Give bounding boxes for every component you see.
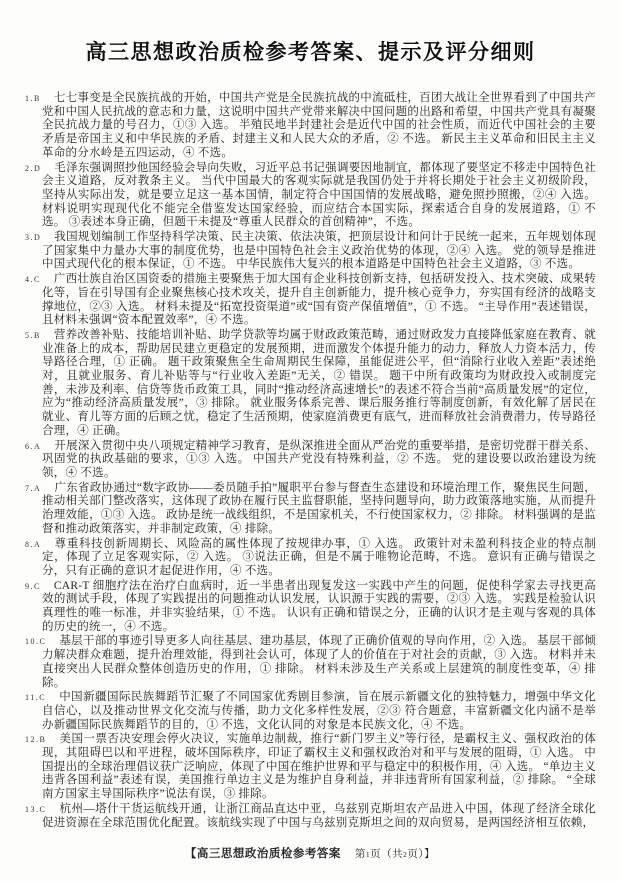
answer-item-7: 7.A广东省政协通过“数字政协——委员随手拍”履职平台参与督查生态建设和环境治理… <box>25 482 596 537</box>
answer-item-3: 3.D我国规划编制工作坚持科学决策、民主决策、依法决策，把顶层设计和问计于民统一… <box>25 231 596 272</box>
answer-item-1: 1.B七七事变是全民族抗战的开始，中国共产党是全民族抗战的中流砥柱，百团大战让全… <box>25 92 596 161</box>
answer-text: 广西壮族自治区国资委的措施主要聚焦于加大国有企业科技创新支持，包括研发投入、技术… <box>42 273 596 326</box>
answer-label: 12.B <box>25 735 46 744</box>
answer-item-8: 8.A尊重科技创新周期长、风险高的属性体现了按规律办事，① 入选。 政策针对未盈… <box>25 538 596 579</box>
answer-text: 美国一票否决安理会停火决议，实施单边制裁，推行“新门罗主义”等行径，是霸权主义、… <box>42 733 596 800</box>
answer-text: 营养改善补贴、技能培训补贴、助学贷款等均属于财政政策范畴，通过财政发力直接降低家… <box>42 329 596 437</box>
answer-label: 9.C <box>25 582 41 591</box>
answer-label: 2.D <box>25 164 41 173</box>
footer-page-word: 第 <box>355 849 366 860</box>
answer-text: 基层干部的事迹引导更多人向往基层、建功基层，体现了正确价值观的导向作用，② 入选… <box>42 635 596 688</box>
answer-item-9: 9.CCAR-T 细胞疗法在治疗白血病时，近一半患者出现复发这一实践中产生的问题… <box>25 580 596 635</box>
answer-item-4: 4.C广西壮族自治区国资委的措施主要聚焦于加大国有企业科技创新支持，包括研发投入… <box>25 273 596 328</box>
answer-label: 4.C <box>25 275 41 284</box>
answer-text: 尊重科技创新周期长、风险高的属性体现了按规律办事，① 入选。 政策针对未盈利科技… <box>42 538 596 577</box>
answer-text: 开展深入贯彻中央八项规定精神学习教育，是纵深推进全面从严治党的重要举措，是密切党… <box>42 440 596 479</box>
answer-label: 7.A <box>25 484 41 493</box>
answer-text: 中国新疆国际民族舞蹈节汇聚了不同国家优秀剧目参演，旨在展示新疆文化的独特魅力，增… <box>42 691 596 730</box>
page-title: 高三思想政治质检参考答案、提示及评分细则 <box>25 36 596 66</box>
document-page: 高三思想政治质检参考答案、提示及评分细则 1.B七七事变是全民族抗战的开始，中国… <box>0 0 620 881</box>
answer-text: 广东省政协通过“数字政协——委员随手拍”履职平台参与督查生态建设和环境治理工作，… <box>42 482 596 535</box>
answer-label: 8.A <box>25 540 41 549</box>
answer-text: 毛泽东强调照抄他国经验会导向失败，习近平总书记强调要因地制宜，都体现了要坚定不移… <box>42 162 596 229</box>
footer-end: 页）】 <box>407 849 435 860</box>
answer-label: 11.C <box>25 693 46 702</box>
answer-label: 10.C <box>25 637 46 646</box>
footer-mid: 页（共 <box>370 849 403 860</box>
answer-item-2: 2.D毛泽东强调照抄他国经验会导向失败，习近平总书记强调要因地制宜，都体现了要坚… <box>25 162 596 231</box>
answer-item-5: 5.B营养改善补贴、技能培训补贴、助学贷款等均属于财政政策范畴，通过财政发力直接… <box>25 329 596 439</box>
answer-label: 13.C <box>25 805 46 814</box>
answer-item-13: 13.C杭州—塔什干货运航线开通，让浙江商品直达中亚，乌兹别克斯坦农产品进入中国… <box>25 803 596 830</box>
answer-text: 我国规划编制工作坚持科学决策、民主决策、依法决策，把顶层设计和问计于民统一起来，… <box>42 231 596 270</box>
answers-list: 1.B七七事变是全民族抗战的开始，中国共产党是全民族抗战的中流砥柱，百团大战让全… <box>25 92 596 830</box>
answer-text: 七七事变是全民族抗战的开始，中国共产党是全民族抗战的中流砥柱，百团大战让全世界看… <box>42 92 596 159</box>
answer-item-6: 6.A开展深入贯彻中央八项规定精神学习教育，是纵深推进全面从严治党的重要举措，是… <box>25 440 596 481</box>
answer-text: CAR-T 细胞疗法在治疗白血病时，近一半患者出现复发这一实践中产生的问题，促使… <box>42 580 596 633</box>
footer-book-title: 【高三思想政治质检参考答案 <box>185 848 341 860</box>
answer-item-12: 12.B美国一票否决安理会停火决议，实施单边制裁，推行“新门罗主义”等行径，是霸… <box>25 733 596 802</box>
page-footer: 【高三思想政治质检参考答案第1页（共2页）】 <box>0 845 620 861</box>
answer-item-11: 11.C中国新疆国际民族舞蹈节汇聚了不同国家优秀剧目参演，旨在展示新疆文化的独特… <box>25 691 596 732</box>
answer-label: 5.B <box>25 331 41 340</box>
answer-label: 3.D <box>25 233 41 242</box>
answer-text: 杭州—塔什干货运航线开通，让浙江商品直达中亚，乌兹别克斯坦农产品进入中国，体现了… <box>42 803 596 829</box>
answer-label: 6.A <box>25 442 41 451</box>
answer-label: 1.B <box>25 94 41 103</box>
answer-item-10: 10.C基层干部的事迹引导更多人向往基层、建功基层，体现了正确价值观的导向作用，… <box>25 635 596 690</box>
